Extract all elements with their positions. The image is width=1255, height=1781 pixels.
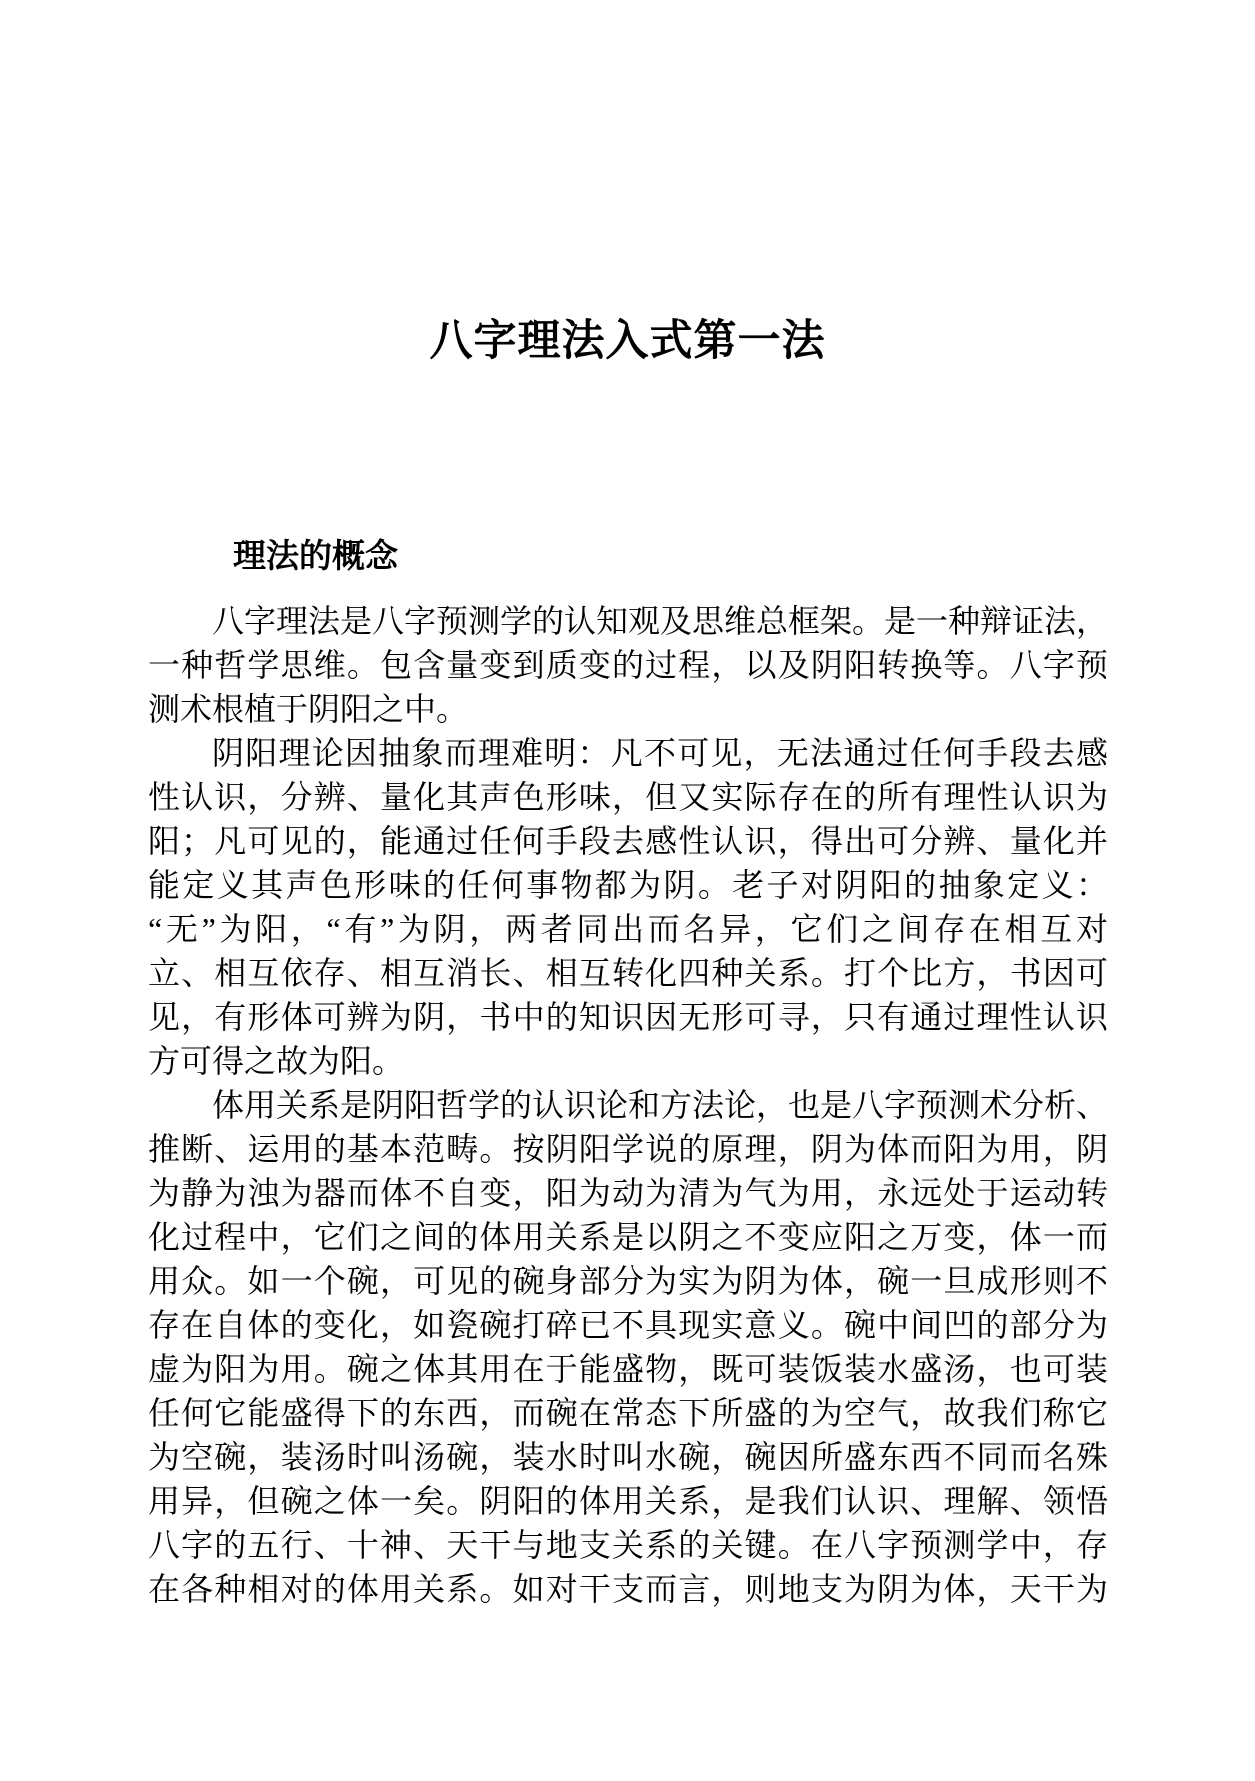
text-line: 八字的五行、十神、天干与地支关系的关键。在八字预测学中，存	[148, 1523, 1108, 1567]
text-line: 立、相互依存、相互消长、相互转化四种关系。打个比方，书因可	[148, 951, 1108, 995]
text-line: 见，有形体可辨为阴，书中的知识因无形可寻，只有通过理性认识	[148, 995, 1108, 1039]
text-line: 在各种相对的体用关系。如对干支而言，则地支为阴为体，天干为	[148, 1567, 1108, 1611]
text-line: 八字理法是八字预测学的认知观及思维总框架。是一种辩证法，	[148, 599, 1108, 643]
text-line: 化过程中，它们之间的体用关系是以阴之不变应阳之万变，体一而	[148, 1215, 1108, 1259]
section-heading: 理法的概念	[233, 538, 398, 578]
page-title: 八字理法入式第一法	[0, 318, 1255, 365]
text-line: 方可得之故为阳。	[148, 1039, 1108, 1083]
text-line: 性认识，分辨、量化其声色形味，但又实际存在的所有理性认识为	[148, 775, 1108, 819]
text-line: 一种哲学思维。包含量变到质变的过程，以及阴阳转换等。八字预	[148, 643, 1108, 687]
text-line: 用众。如一个碗，可见的碗身部分为实为阴为体，碗一旦成形则不	[148, 1259, 1108, 1303]
text-line: 体用关系是阴阳哲学的认识论和方法论，也是八字预测术分析、	[148, 1083, 1108, 1127]
document-page: 八字理法入式第一法 理法的概念 八字理法是八字预测学的认知观及思维总框架。是一种…	[0, 0, 1255, 1781]
text-line: 用异，但碗之体一矣。阴阳的体用关系，是我们认识、理解、领悟	[148, 1479, 1108, 1523]
text-line: 推断、运用的基本范畴。按阴阳学说的原理，阴为体而阳为用，阴	[148, 1127, 1108, 1171]
text-line: “无”为阳，“有”为阴，两者同出而名异，它们之间存在相互对	[148, 907, 1108, 951]
text-line: 测术根植于阴阳之中。	[148, 687, 1108, 731]
body-text: 八字理法是八字预测学的认知观及思维总框架。是一种辩证法，一种哲学思维。包含量变到…	[148, 599, 1108, 1611]
text-line: 虚为阳为用。碗之体其用在于能盛物，既可装饭装水盛汤，也可装	[148, 1347, 1108, 1391]
text-line: 能定义其声色形味的任何事物都为阴。老子对阴阳的抽象定义：	[148, 863, 1108, 907]
text-line: 阳；凡可见的，能通过任何手段去感性认识，得出可分辨、量化并	[148, 819, 1108, 863]
text-line: 为静为浊为器而体不自变，阳为动为清为气为用，永远处于运动转	[148, 1171, 1108, 1215]
text-line: 为空碗，装汤时叫汤碗，装水时叫水碗，碗因所盛东西不同而名殊	[148, 1435, 1108, 1479]
text-line: 任何它能盛得下的东西，而碗在常态下所盛的为空气，故我们称它	[148, 1391, 1108, 1435]
text-line: 阴阳理论因抽象而理难明：凡不可见，无法通过任何手段去感	[148, 731, 1108, 775]
text-line: 存在自体的变化，如瓷碗打碎已不具现实意义。碗中间凹的部分为	[148, 1303, 1108, 1347]
